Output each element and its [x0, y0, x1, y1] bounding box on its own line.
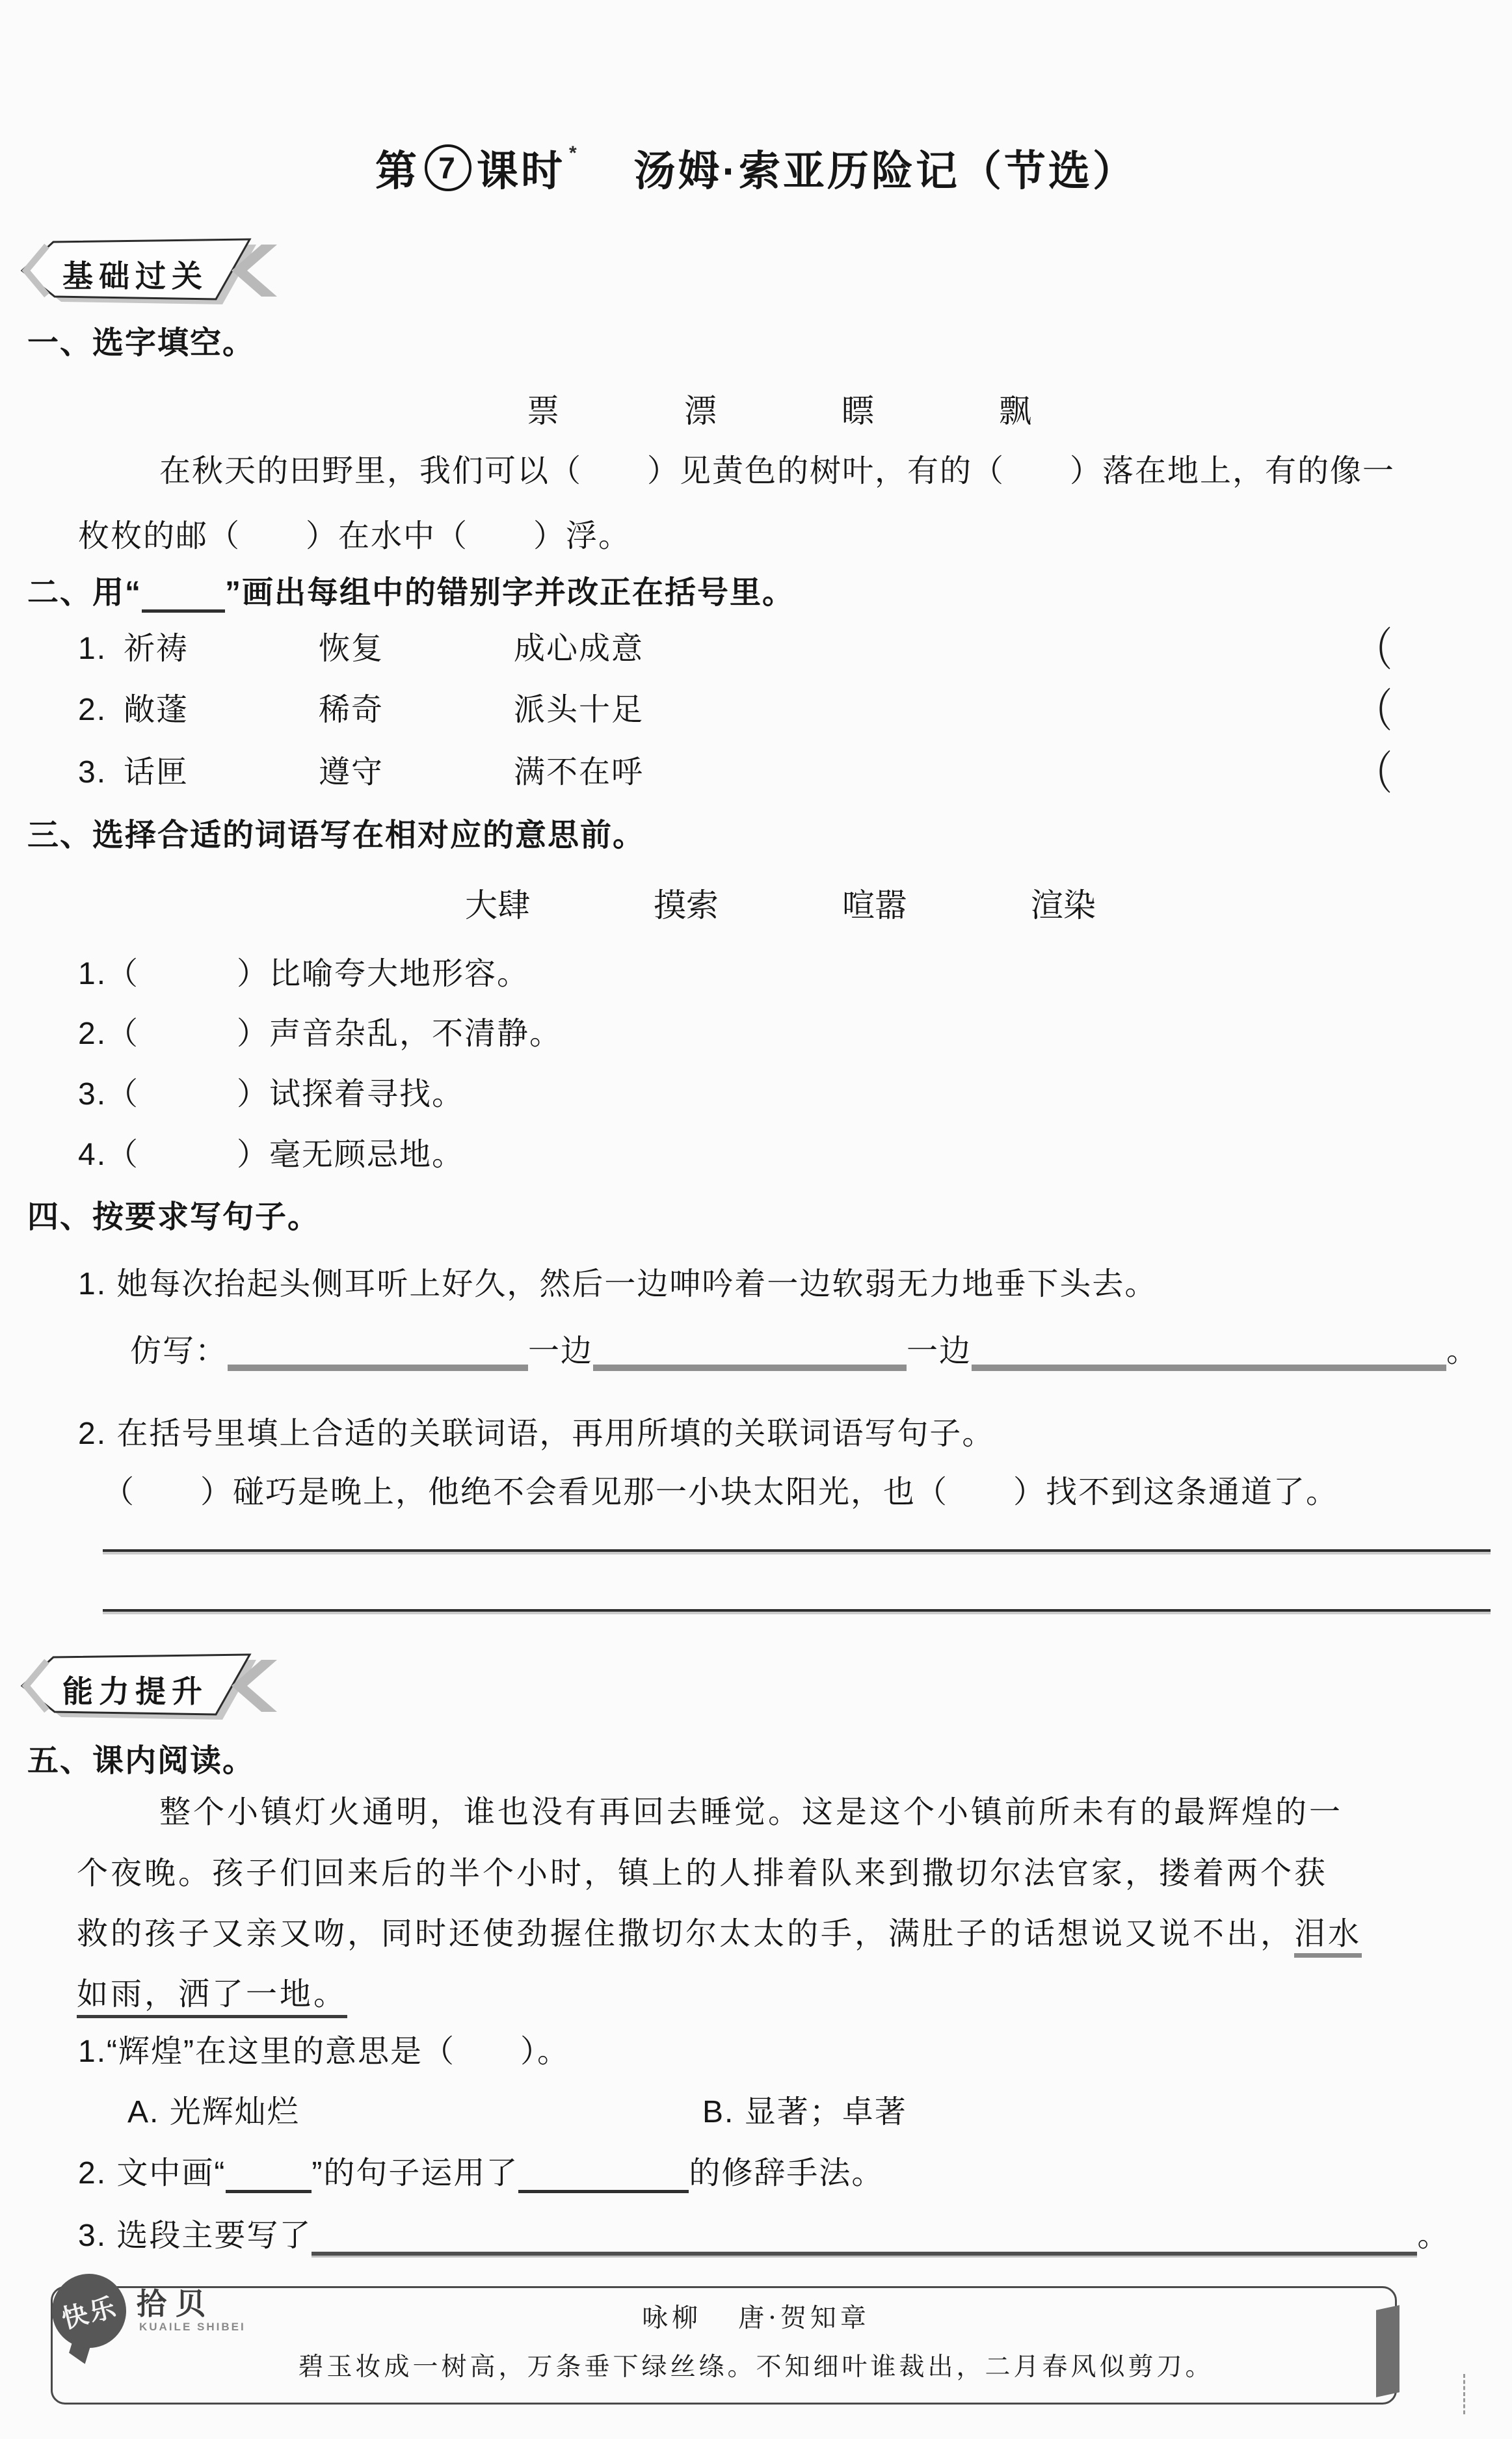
word-group: 祈祷 [124, 630, 319, 669]
poem-title: 咏柳 [642, 2303, 702, 2333]
section-1-heading: 一、选字填空。 [27, 324, 255, 363]
word-group: 话匣 [124, 753, 319, 792]
question-2-part1: 2. 文中画“ [78, 2156, 226, 2191]
word-bank-item: 渲染 [1031, 879, 1096, 926]
word-group: 敞蓬 [124, 691, 319, 730]
choice-characters-row: 票 漂 瞟 飘 [527, 385, 1031, 432]
section-banner-advanced: 能力提升 [18, 1651, 311, 1721]
section-banner-basic: 基础过关 [18, 235, 311, 306]
lesson-title-suffix: 课时 [477, 138, 565, 198]
section-2-heading: 二、用“”画出每组中的错别字并改正在括号里。 [27, 574, 795, 613]
word-group: 恢复 [319, 630, 514, 669]
section-5-heading: 五、课内阅读。 [27, 1742, 255, 1781]
word-bank-item: 摸索 [654, 879, 719, 926]
section-2-heading-part2: ”画出每组中的错别字并改正在括号里。 [225, 576, 795, 610]
banner-advanced-label: 能力提升 [18, 1668, 252, 1711]
poem-author: 唐·贺知章 [738, 2303, 870, 2333]
asterisk-mark: * [569, 142, 579, 165]
answer-parentheses: （ ） [1356, 621, 1512, 678]
related-words-sentence: （ ）碰巧是晚上，他绝不会看见那一小块太阳光，也（ ）找不到这条通道了。 [103, 1473, 1338, 1512]
answer-line [103, 1549, 1491, 1552]
section-3-heading: 三、选择合适的词语写在相对应的意思前。 [27, 816, 645, 855]
row-number: 1. [78, 630, 124, 669]
answer-blank [226, 2155, 312, 2193]
fill-blank-sentence-line1: 在秋天的田野里，我们可以（ ）见黄色的树叶，有的（ ）落在地上，有的像一 [159, 452, 1395, 491]
option-b: B. 显著；卓著 [702, 2093, 907, 2132]
question-2-part2: ”的句子运用了 [312, 2156, 518, 2191]
section-2-heading-part1: 二、用“ [27, 576, 142, 610]
passage-line: 个夜晚。孩子们回来后的半个小时，镇上的人排着队来到撒切尔法官家，搂着两个获 [77, 1854, 1328, 1893]
lesson-title: 第 7 课时 * 汤姆·索亚历险记（节选） [0, 138, 1512, 198]
reading-question-2: 2. 文中画“”的句子运用了的修辞手法。 [78, 2154, 884, 2193]
connective-word: 一边 [528, 1334, 593, 1368]
passage-line3-main: 救的孩子又亲又吻，同时还使劲握住撒切尔太太的手，满肚子的话想说又说不出， [77, 1915, 1294, 1952]
banner-basic-label: 基础过关 [18, 252, 252, 296]
poem-line: 碧玉妆成一树高，万条垂下绿丝绦。不知细叶谁裁出，二月春风似剪刀。 [0, 2347, 1512, 2383]
fill-blank-sentence-line2: 枚枚的邮（ ）在水中（ ）浮。 [78, 517, 631, 556]
word-group: 派头十足 [514, 693, 644, 727]
underlined-phrase: 如雨，洒了一地。 [77, 1976, 347, 2018]
worksheet-page: 第 7 课时 * 汤姆·索亚历险记（节选） 基础过关 一、选字填空。 票 漂 瞟… [0, 0, 1512, 2439]
answer-blank [142, 574, 225, 613]
answer-parentheses: （ ） [1356, 745, 1512, 802]
imitate-label: 仿写： [130, 1334, 228, 1368]
passage-line: 救的孩子又亲又吻，同时还使劲握住撒切尔太太的手，满肚子的话想说又说不出，泪水 [77, 1914, 1362, 1953]
question-2-part3: 的修辞手法。 [689, 2156, 884, 2191]
option-a: A. 光辉灿烂 [127, 2093, 300, 2132]
answer-blank [312, 2217, 1417, 2256]
section-4-heading: 四、按要求写句子。 [27, 1198, 320, 1237]
passage-line: 整个小镇灯火通明，谁也没有再回去睡觉。这是这个小镇前所未有的最辉煌的一 [159, 1793, 1343, 1832]
word-group: 稀奇 [319, 691, 514, 730]
answer-blank [972, 1327, 1446, 1371]
choice-char: 飘 [999, 385, 1031, 432]
word-choice-row: 1.祈祷恢复成心成意 （ ） [78, 630, 1496, 669]
answer-blank [518, 2155, 689, 2193]
lesson-title-prefix: 第 [375, 138, 419, 198]
connective-word: 一边 [907, 1334, 972, 1368]
word-group: 遵守 [319, 753, 514, 792]
word-bank-item: 喧嚣 [842, 879, 907, 926]
answer-line [103, 1609, 1491, 1612]
period-mark: 。 [1417, 2219, 1450, 2253]
imitate-writing-row: 仿写：一边一边。 [130, 1327, 1479, 1371]
row-number: 2. [78, 691, 124, 730]
poem-title-row: 咏柳唐·贺知章 [0, 2297, 1512, 2334]
reading-question-3: 3. 选段主要写了。 [78, 2217, 1450, 2256]
meaning-item: 2.（ ）声音杂乱，不清静。 [78, 1015, 562, 1054]
word-choice-row: 3.话匣遵守满不在呼 （ ） [78, 753, 1496, 792]
row-number: 3. [78, 753, 124, 792]
underlined-phrase: 泪水 [1294, 1915, 1362, 1958]
related-words-instruction: 2. 在括号里填上合适的关联词语，再用所填的关联词语写句子。 [78, 1415, 994, 1454]
word-group: 满不在呼 [514, 755, 644, 790]
word-bank-row: 大肆 摸索 喧嚣 渲染 [465, 879, 1096, 926]
page-cut-mark [1463, 2374, 1465, 2414]
meaning-item: 3.（ ）试探着寻找。 [78, 1075, 464, 1114]
reading-question-1: 1.“辉煌”在这里的意思是（ ）。 [78, 2032, 570, 2072]
choice-char: 瞟 [842, 385, 874, 432]
word-group: 成心成意 [514, 632, 644, 666]
lesson-title-main: 汤姆·索亚历险记（节选） [634, 138, 1137, 198]
word-bank-item: 大肆 [465, 879, 530, 926]
passage-line: 如雨，洒了一地。 [77, 1975, 347, 2014]
meaning-item: 4.（ ）毫无顾忌地。 [78, 1136, 464, 1175]
sentence-example: 1. 她每次抬起头侧耳听上好久，然后一边呻吟着一边软弱无力地垂下头去。 [78, 1265, 1157, 1304]
answer-parentheses: （ ） [1356, 682, 1512, 740]
meaning-item: 1.（ ）比喻夸大地形容。 [78, 955, 529, 994]
word-choice-row: 2.敞蓬稀奇派头十足 （ ） [78, 691, 1496, 730]
lesson-number-circle: 7 [425, 144, 471, 191]
choice-char: 票 [527, 385, 559, 432]
period-mark: 。 [1446, 1334, 1479, 1368]
answer-blank [228, 1327, 528, 1371]
choice-char: 漂 [684, 385, 717, 432]
answer-blank [593, 1327, 907, 1371]
question-3-label: 3. 选段主要写了 [78, 2219, 312, 2253]
